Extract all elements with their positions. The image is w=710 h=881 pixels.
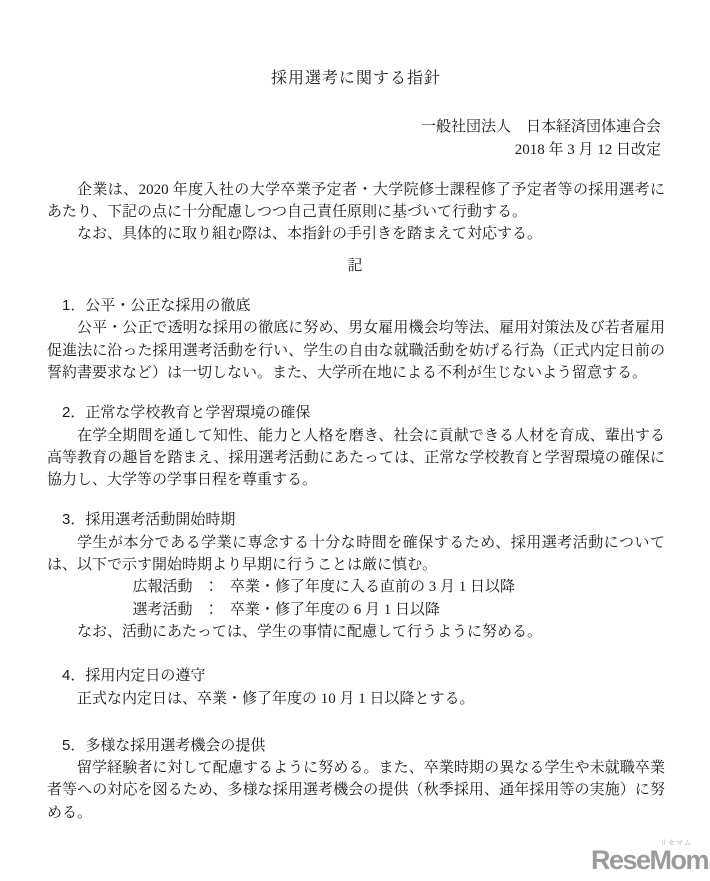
section-5-body: 留学経験者に対して配慮するように努める。また、卒業時期の異なる学生や未就職卒業者… [47,757,665,824]
revision-date: 2018 年 3 月 12 日改定 [47,139,661,161]
schedule-line-pr: 広報活動 ： 卒業・修了年度に入る直前の 3 月 1 日以降 [47,576,665,598]
section-1: 1．公平・公正な採用の徹底 公平・公正で透明な採用の徹底に努め、男女雇用機会均等… [47,295,665,384]
resemom-watermark: リセマム ReseMom. [591,845,706,879]
record-marker: 記 [47,255,665,277]
intro-paragraph-2: なお、具体的に取り組む際は、本指針の手引きを踏まえて対応する。 [47,223,665,245]
section-1-heading: 1．公平・公正な採用の徹底 [47,295,665,317]
resemom-watermark-ruby: リセマム [660,840,692,847]
document-title: 採用選考に関する指針 [47,68,665,90]
section-2-heading: 2．正常な学校教育と学習環境の確保 [47,402,665,424]
document-byline: 一般社団法人 日本経済団体連合会 2018 年 3 月 12 日改定 [47,116,665,161]
intro-block: 企業は、2020 年度入社の大学卒業予定者・大学院修士課程修了予定者等の採用選考… [47,179,665,246]
schedule-line-selection: 選考活動 ： 卒業・修了年度の 6 月 1 日以降 [47,599,665,621]
section-2-body: 在学全期間を通して知性、能力と人格を磨き、社会に貢献できる人材を育成、輩出する高… [47,425,665,492]
section-5: 5．多様な採用選考機会の提供 留学経験者に対して配慮するように努める。また、卒業… [47,735,665,824]
section-3-note: なお、活動にあたっては、学生の事情に配慮して行うように努める。 [47,621,665,643]
resemom-logo: ReseMom. [591,845,706,875]
issuing-organization: 一般社団法人 日本経済団体連合会 [47,116,661,138]
section-4-heading: 4．採用内定日の遵守 [47,665,665,687]
section-3-body: 学生が本分である学業に専念する十分な時間を確保するため、採用選考活動については、… [47,532,665,577]
section-2: 2．正常な学校教育と学習環境の確保 在学全期間を通して知性、能力と人格を磨き、社… [47,402,665,491]
section-4: 4．採用内定日の遵守 正式な内定日は、卒業・修了年度の 10 月 1 日以降とす… [47,665,665,710]
section-3: 3．採用選考活動開始時期 学生が本分である学業に専念する十分な時間を確保するため… [47,509,665,643]
section-1-body: 公平・公正で透明な採用の徹底に努め、男女雇用機会均等法、雇用対策法及び若者雇用促… [47,317,665,384]
section-4-body: 正式な内定日は、卒業・修了年度の 10 月 1 日以降とする。 [47,688,665,710]
section-5-heading: 5．多様な採用選考機会の提供 [47,735,665,757]
section-3-heading: 3．採用選考活動開始時期 [47,509,665,531]
document-page: 採用選考に関する指針 一般社団法人 日本経済団体連合会 2018 年 3 月 1… [0,0,710,881]
intro-paragraph-1: 企業は、2020 年度入社の大学卒業予定者・大学院修士課程修了予定者等の採用選考… [47,179,665,224]
